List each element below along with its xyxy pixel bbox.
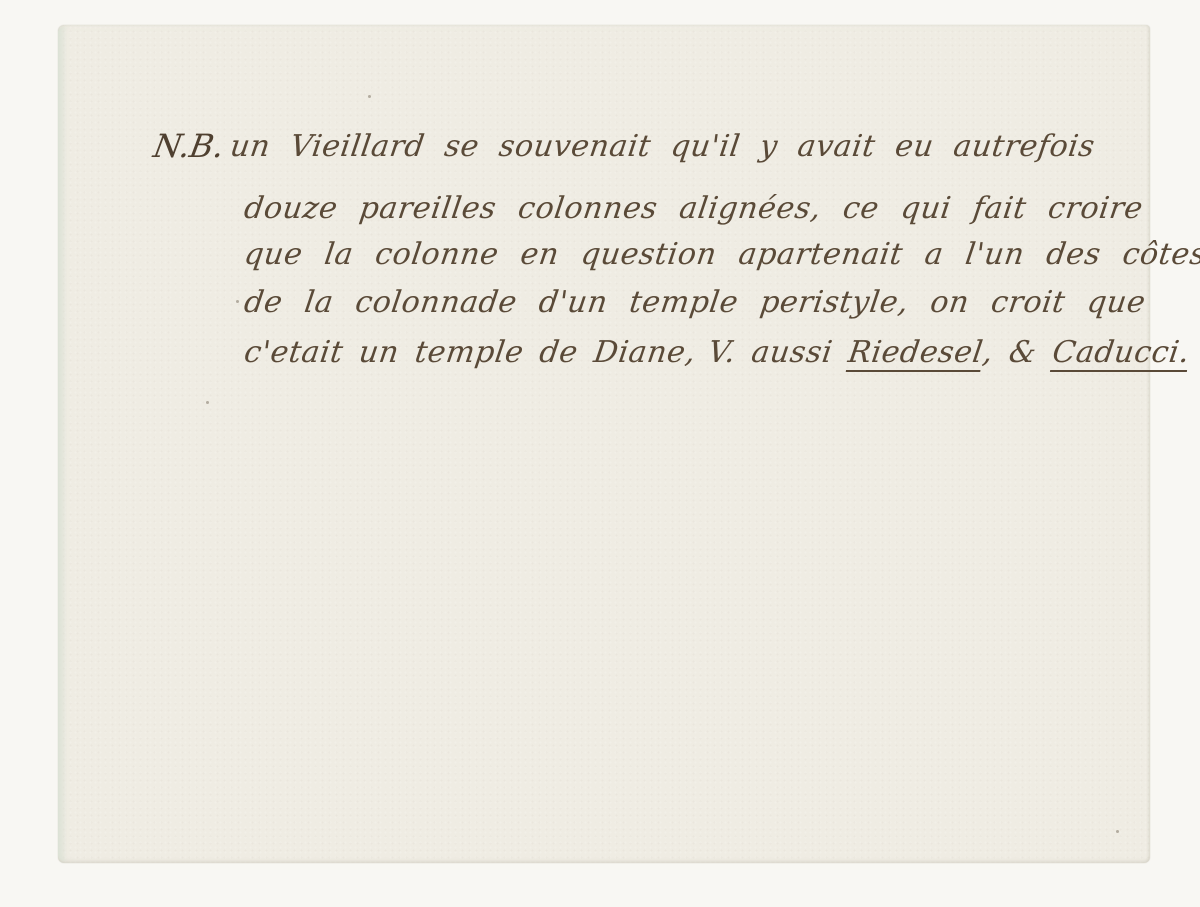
nota-bene-mark: N.B. bbox=[151, 127, 228, 165]
ink-speck bbox=[236, 300, 239, 303]
manuscript-paper: N.B. un Vieillard se souvenait qu'il y a… bbox=[58, 25, 1150, 863]
ink-speck bbox=[1116, 830, 1119, 833]
text-line-5: c'etait un temple de Diane, bbox=[242, 335, 698, 370]
text-line-1: un Vieillard se souvenait qu'il y avait … bbox=[228, 129, 1097, 164]
ink-speck bbox=[206, 401, 209, 404]
ink-speck bbox=[368, 95, 371, 98]
reference-line: V. aussi Riedesel, & Caducci. bbox=[706, 335, 1192, 370]
reference-joiner: , & bbox=[980, 335, 1038, 370]
reference-caducci: Caducci. bbox=[1050, 335, 1192, 370]
page-background: N.B. un Vieillard se souvenait qu'il y a… bbox=[0, 0, 1200, 907]
text-line-2: douze pareilles colonnes alignées, ce qu… bbox=[242, 191, 1145, 226]
reference-riedesel: Riedesel bbox=[846, 335, 985, 370]
text-line-3: que la colonne en question apartenait a … bbox=[242, 237, 1200, 272]
manuscript-text: N.B. un Vieillard se souvenait qu'il y a… bbox=[58, 25, 1150, 863]
text-line-4: de la colonnade d'un temple peristyle, o… bbox=[242, 285, 1148, 320]
reference-prefix: V. aussi bbox=[706, 335, 835, 370]
